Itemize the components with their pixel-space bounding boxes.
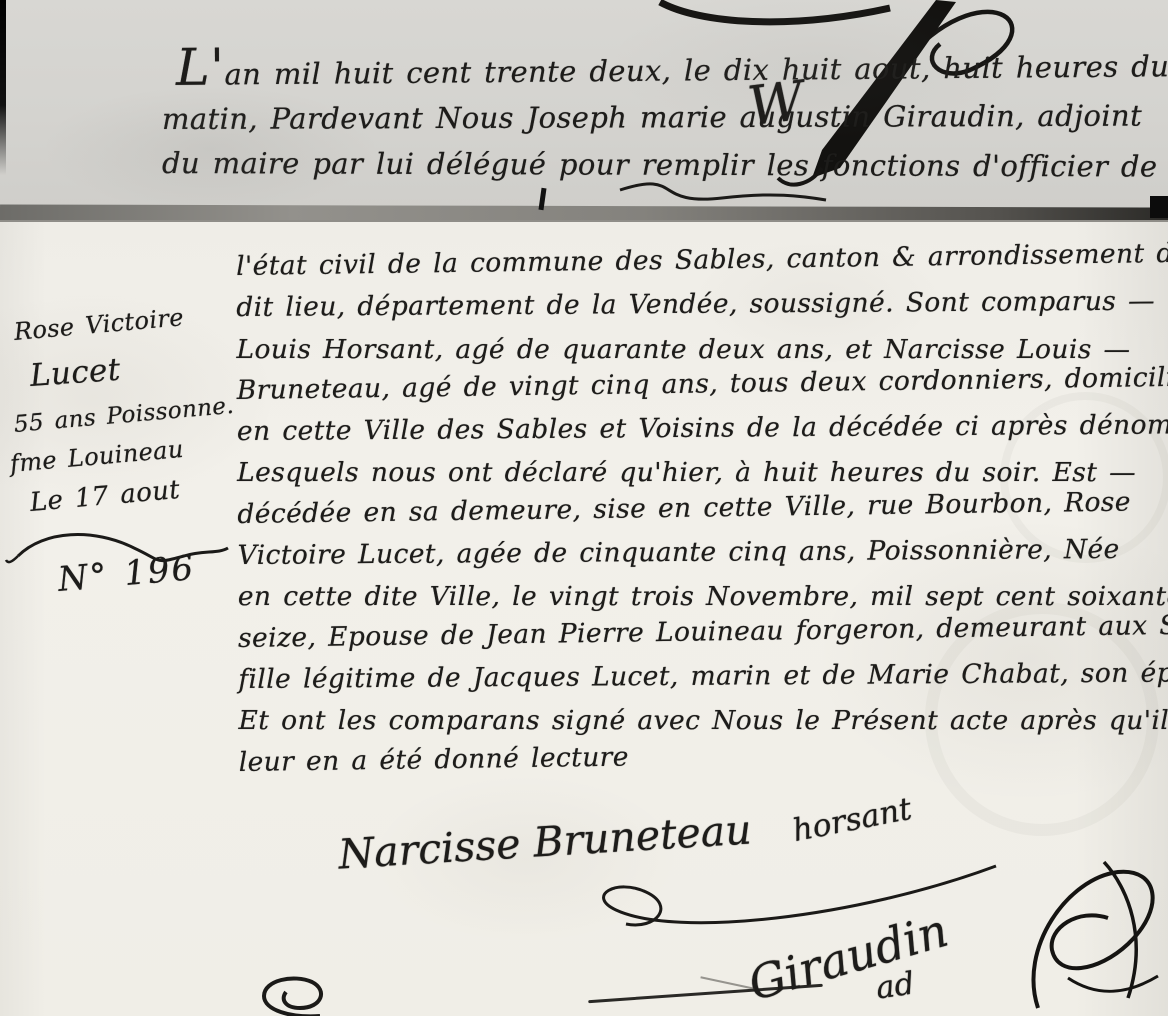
handwritten-line: en cette Ville des Sables et Voisins de … xyxy=(237,405,1167,453)
next-act-initial-stroke xyxy=(250,970,350,1016)
stray-pen-stroke xyxy=(700,976,754,989)
handwritten-line: fille légitime de Jacques Lucet, marin e… xyxy=(238,652,1168,700)
act-body-text: l'état civil de la commune des Sables, c… xyxy=(236,241,1168,783)
flourish-under-text xyxy=(612,176,832,210)
signature-horsant: horsant xyxy=(790,791,915,849)
handwritten-line: L'an mil huit cent trente deux, le dix h… xyxy=(162,37,1162,97)
handwritten-line: dit lieu, département de la Vendée, sous… xyxy=(236,281,1166,329)
paraph-mark: W xyxy=(744,69,807,138)
handwritten-line: l'état civil de la commune des Sables, c… xyxy=(236,233,1166,287)
signature-giraudin-paraph xyxy=(1008,858,1168,1016)
margin-deceased-firstnames: Rose Victoire xyxy=(13,303,185,346)
top-fragment-text: L'an mil huit cent trente deux, le dix h… xyxy=(162,46,1162,185)
margin-spouse-name: fme Louineau xyxy=(9,435,185,478)
scanned-death-record: W L'an mil huit cent trente deux, le dix… xyxy=(0,0,1168,1016)
top-scan-fragment: W L'an mil huit cent trente deux, le dix… xyxy=(0,0,1168,212)
margin-death-date: Le 17 aout xyxy=(29,475,182,518)
scan-left-edge xyxy=(0,0,6,175)
partial-signature-strokes xyxy=(640,0,1060,195)
handwritten-line: matin, Pardevant Nous Joseph marie augus… xyxy=(162,94,1162,141)
handwritten-line: Victoire Lucet, agée de cinquante cinq a… xyxy=(237,529,1167,577)
signature-giraudin-note: ad xyxy=(874,966,917,1007)
margin-age-occupation: 55 ans Poissonne. xyxy=(13,393,235,438)
main-scan-fragment: Rose Victoire Lucet 55 ans Poissonne. fm… xyxy=(0,220,1168,1016)
seam-dark-notch xyxy=(1150,196,1168,218)
handwritten-line: du maire par lui délégué pour remplir le… xyxy=(162,141,1162,188)
signature-bruneteau-flourish xyxy=(556,858,1046,950)
margin-deceased-surname: Lucet xyxy=(29,352,122,394)
